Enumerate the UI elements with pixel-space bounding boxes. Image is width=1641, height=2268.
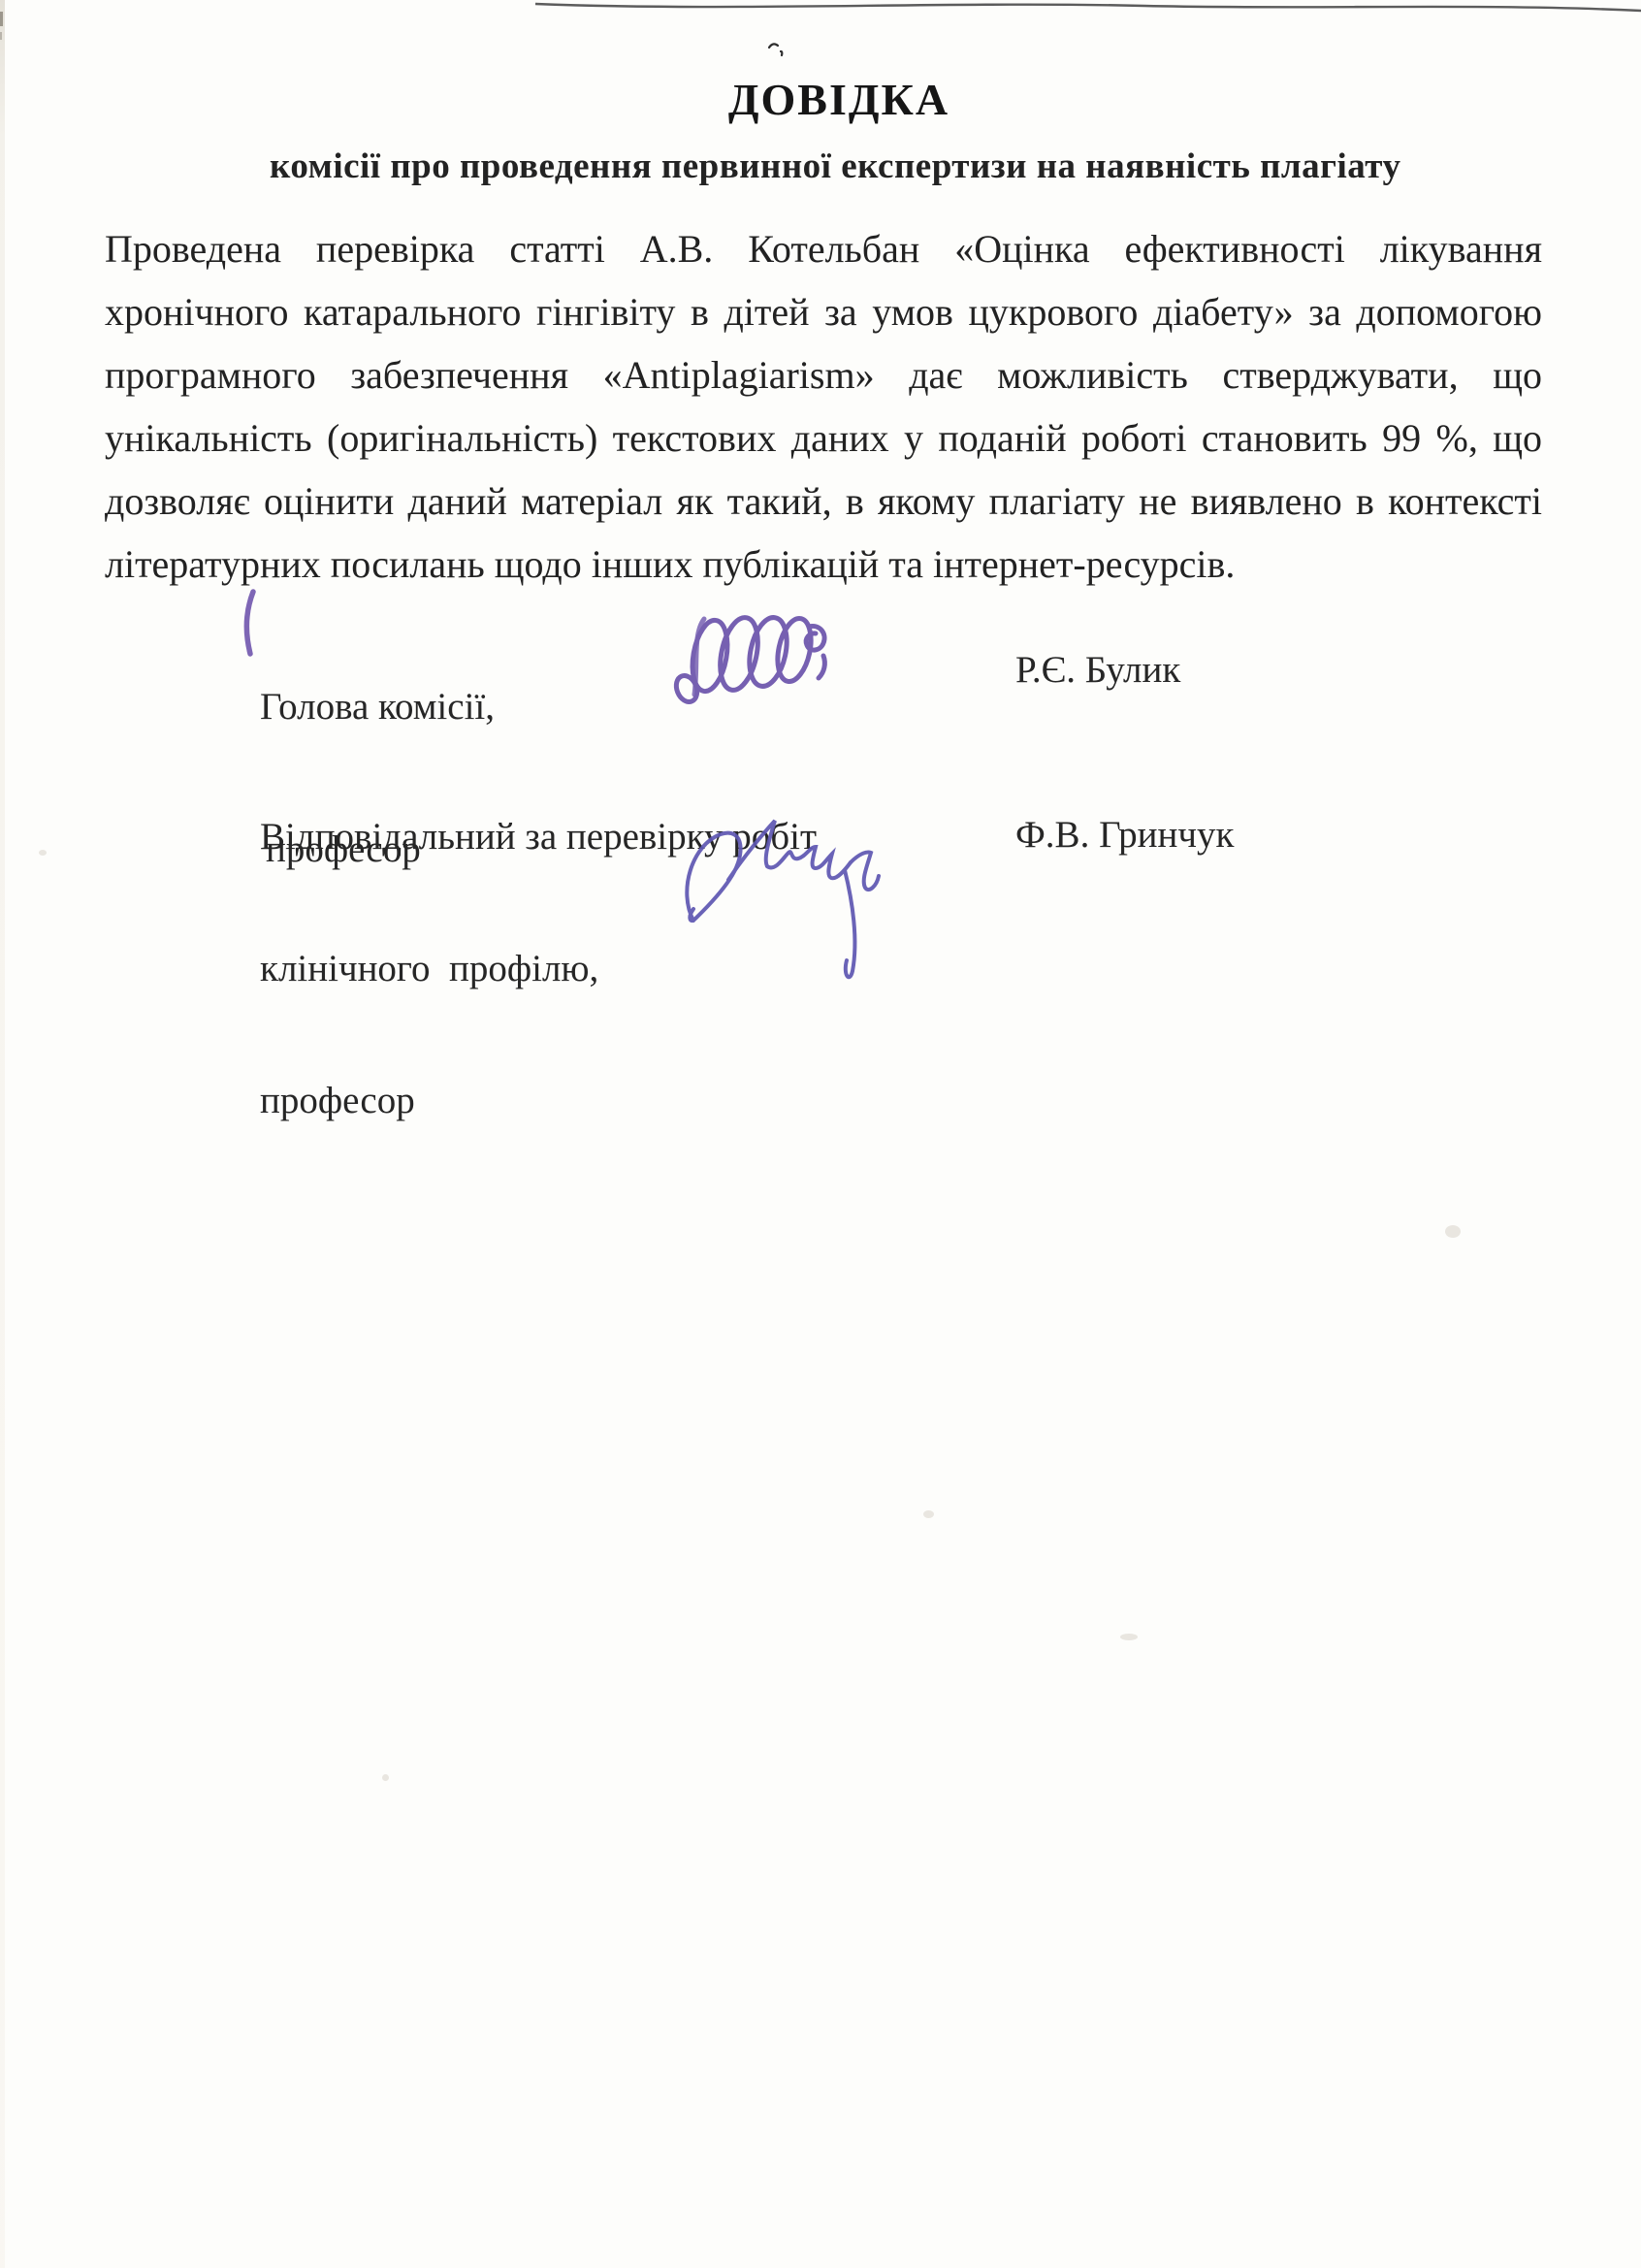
role-line: професор <box>260 1079 817 1123</box>
signature-hrynchuk <box>674 808 887 988</box>
document-title: ДОВІДКА <box>0 74 1641 125</box>
scan-speck <box>923 1510 934 1518</box>
body-line-4: унікальність (оригінальність) текстових … <box>105 406 1542 470</box>
scan-edge-shadow <box>0 0 5 2268</box>
scanned-document-page: ДОВІДКА комісії про проведення первинної… <box>0 0 1641 2268</box>
signatory-2-name: Ф.В. Гринчук <box>1015 813 1234 857</box>
scan-speck <box>39 850 47 856</box>
body-line-2: хронічного катарального гінгівіту в діте… <box>105 280 1542 343</box>
document-subtitle: комісії про проведення первинної експерт… <box>270 146 1401 187</box>
scan-speck <box>382 1774 389 1781</box>
scan-ink-fleck <box>766 41 789 58</box>
body-line-3: програмного забезпечення «Antiplagiarism… <box>105 343 1542 406</box>
pen-mark <box>239 588 262 660</box>
body-line-6: літературних посилань щодо інших публіка… <box>105 533 1542 596</box>
signatory-1-name: Р.Є. Булик <box>1015 648 1180 692</box>
scan-artifact-top-line <box>0 0 1641 29</box>
body-line-1: Проведена перевірка статті А.В. Котельба… <box>105 217 1542 280</box>
signature-bulyk <box>665 605 840 710</box>
role-line: Голова комісії, <box>260 679 495 734</box>
scan-speck <box>1120 1634 1138 1640</box>
body-paragraph: Проведена перевірка статті А.В. Котельба… <box>105 217 1542 596</box>
body-line-5: дозволяє оцінити даний матеріал як такий… <box>105 470 1542 533</box>
scan-speck <box>1445 1225 1461 1238</box>
